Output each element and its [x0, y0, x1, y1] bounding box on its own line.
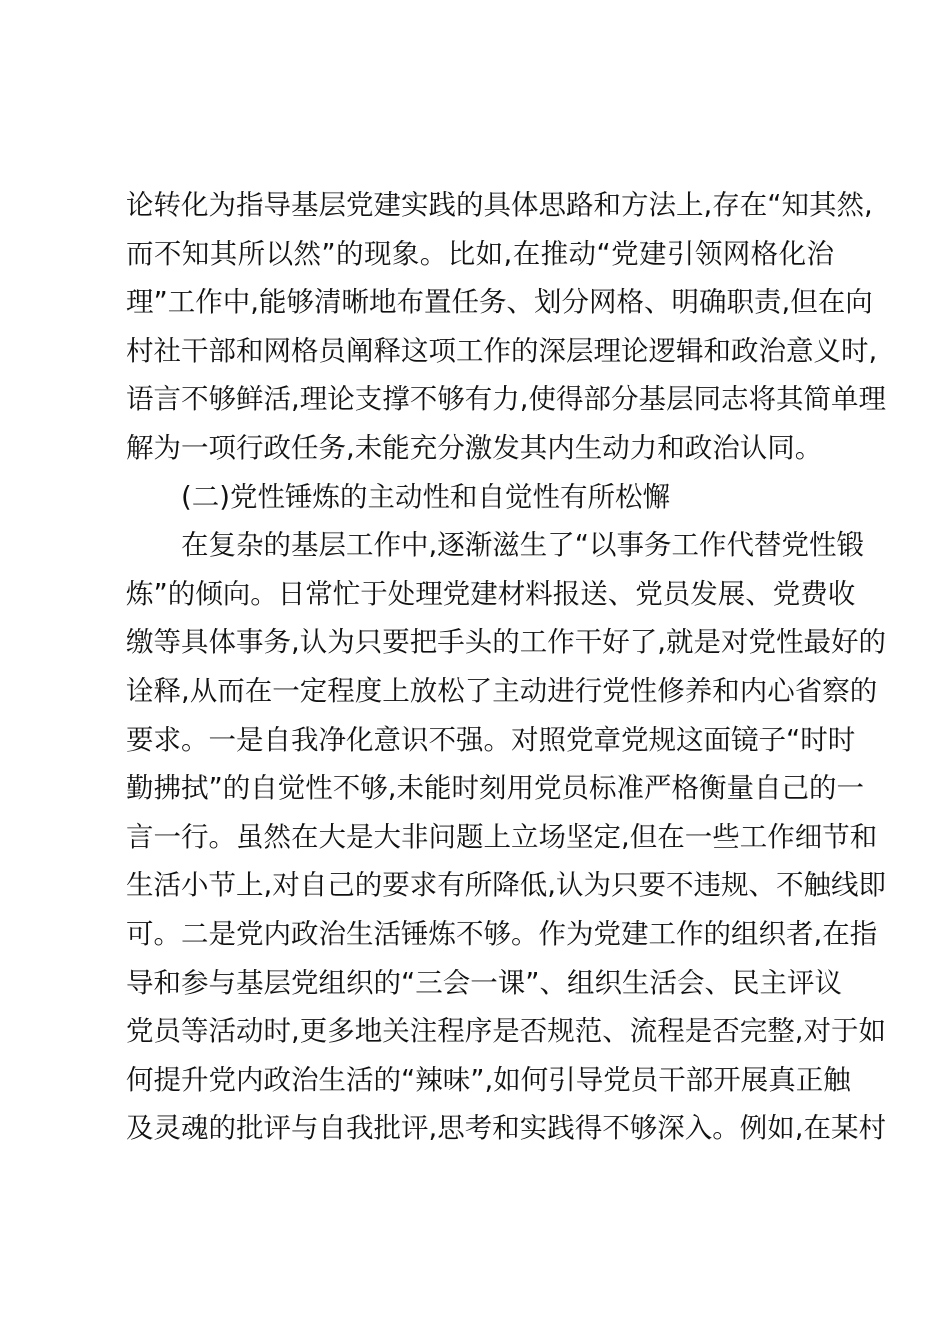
text-line: 诠释,从而在一定程度上放松了主动进行党性修养和内心省察的: [126, 667, 834, 716]
text-line: 要求。一是自我净化意识不强。对照党章党规这面镜子“时时: [126, 716, 834, 765]
text-line: 解为一项行政任务,未能充分激发其内生动力和政治认同。: [126, 424, 834, 473]
text-line: 勤拂拭”的自觉性不够,未能时刻用党员标准严格衡量自己的一: [126, 764, 834, 813]
heading-text: (二)党性锤炼的主动性和自觉性有所松懈: [126, 473, 834, 522]
text-line: 村社干部和网格员阐释这项工作的深层理论逻辑和政治意义时,: [126, 327, 834, 376]
section-heading: (二)党性锤炼的主动性和自觉性有所松懈: [126, 473, 834, 522]
text-line: 在复杂的基层工作中,逐渐滋生了“以事务工作代替党性锻: [126, 521, 834, 570]
document-page: 论转化为指导基层党建实践的具体思路和方法上,存在“知其然, 而不知其所以然”的现…: [126, 181, 834, 1153]
text-line: 语言不够鲜活,理论支撑不够有力,使得部分基层同志将其简单理: [126, 375, 834, 424]
text-line: 党员等活动时,更多地关注程序是否规范、流程是否完整,对于如: [126, 1007, 834, 1056]
text-line: 导和参与基层党组织的“三会一课”、组织生活会、民主评议: [126, 959, 834, 1008]
text-line: 何提升党内政治生活的“辣味”,如何引导党员干部开展真正触: [126, 1056, 834, 1105]
text-line: 可。二是党内政治生活锤炼不够。作为党建工作的组织者,在指: [126, 910, 834, 959]
text-line: 缴等具体事务,认为只要把手头的工作干好了,就是对党性最好的: [126, 618, 834, 667]
text-line: 炼”的倾向。日常忙于处理党建材料报送、党员发展、党费收: [126, 570, 834, 619]
text-line: 及灵魂的批评与自我批评,思考和实践得不够深入。例如,在某村: [126, 1104, 834, 1153]
paragraph-2: 在复杂的基层工作中,逐渐滋生了“以事务工作代替党性锻 炼”的倾向。日常忙于处理党…: [126, 521, 834, 1153]
text-line: 论转化为指导基层党建实践的具体思路和方法上,存在“知其然,: [126, 181, 834, 230]
paragraph-1: 论转化为指导基层党建实践的具体思路和方法上,存在“知其然, 而不知其所以然”的现…: [126, 181, 834, 473]
text-line: 而不知其所以然”的现象。比如,在推动“党建引领网格化治: [126, 230, 834, 279]
text-line: 言一行。虽然在大是大非问题上立场坚定,但在一些工作细节和: [126, 813, 834, 862]
text-line: 生活小节上,对自己的要求有所降低,认为只要不违规、不触线即: [126, 861, 834, 910]
text-line: 理”工作中,能够清晰地布置任务、划分网格、明确职责,但在向: [126, 278, 834, 327]
